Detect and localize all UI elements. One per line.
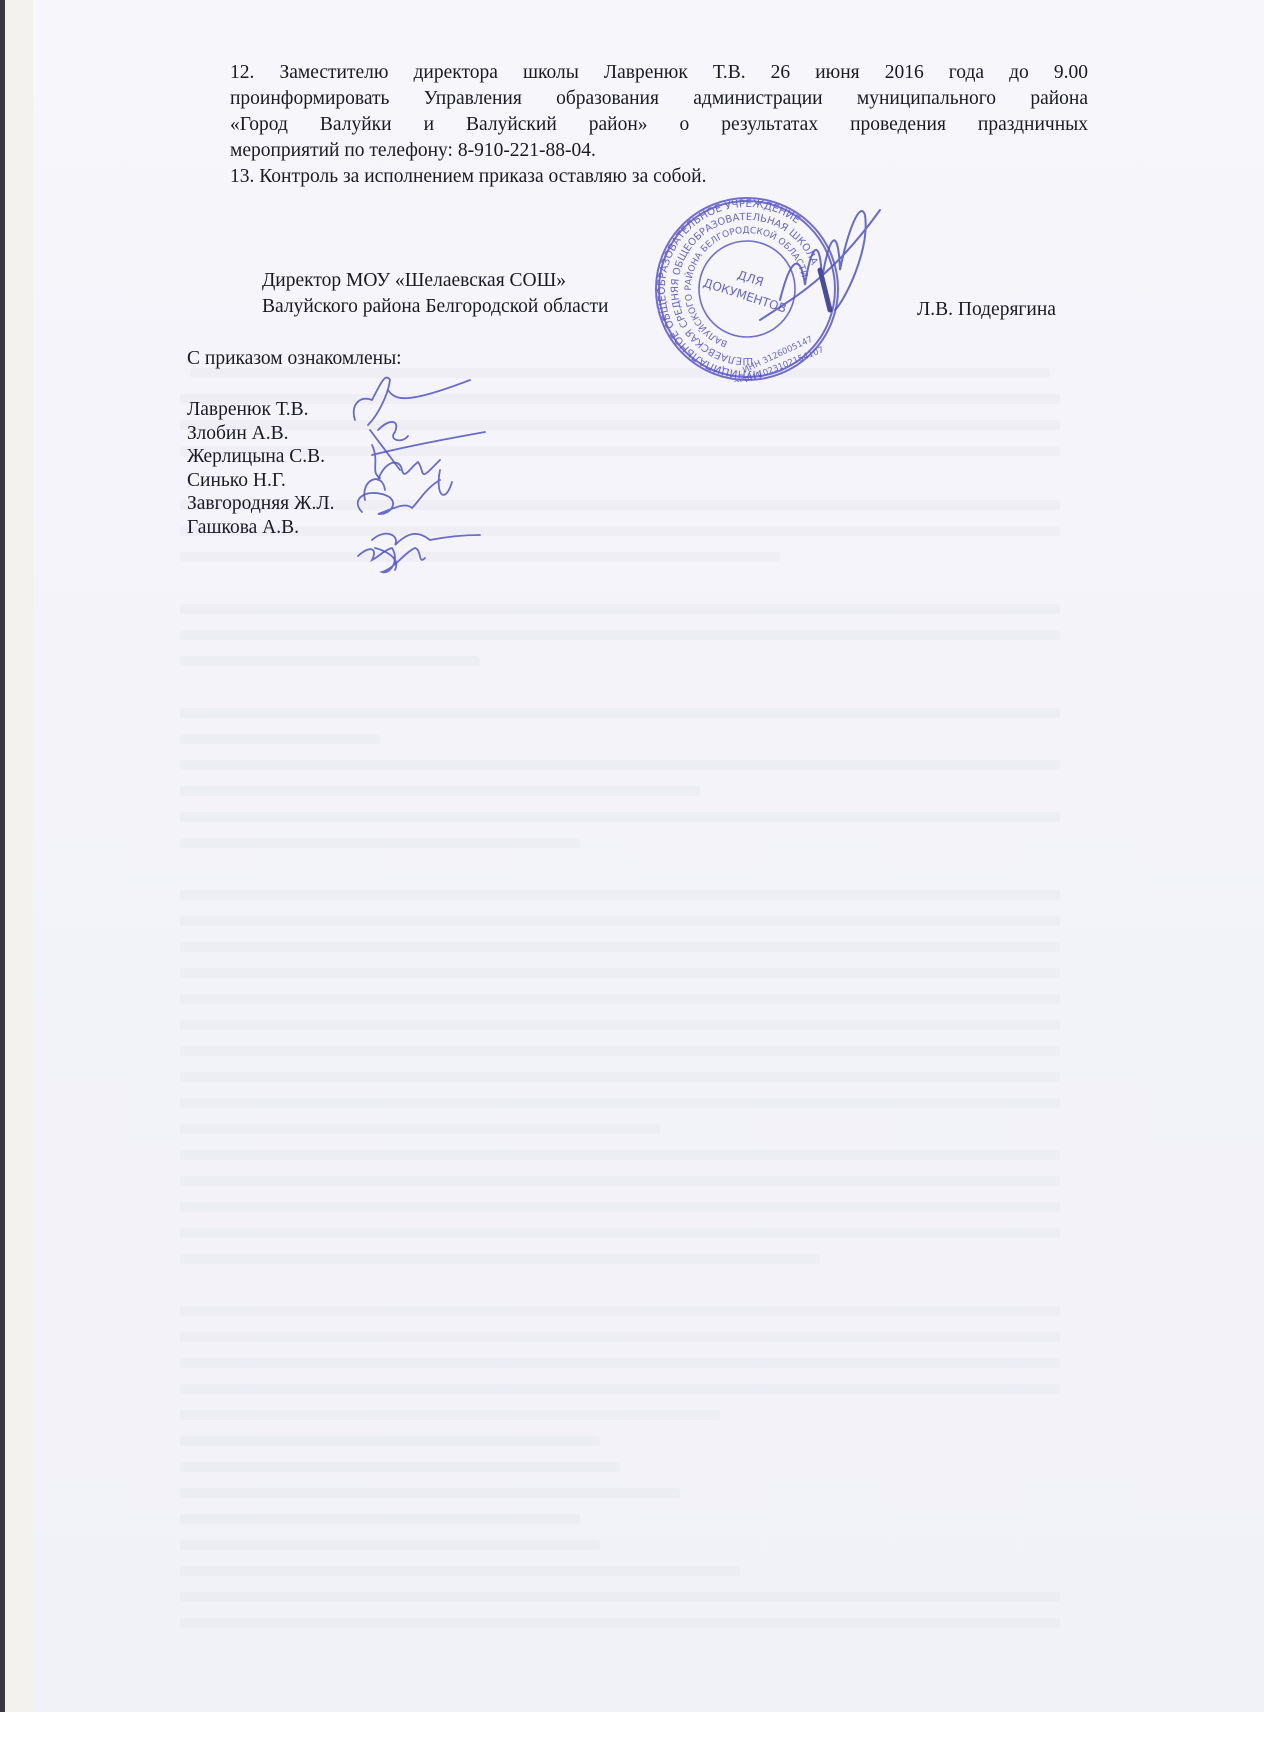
item12-line: 12. Заместителю директора школы Лавренюк… — [230, 60, 1088, 86]
acknowledged-person: Завгородняя Ж.Л. — [187, 492, 334, 516]
order-item-13: 13. Контроль за исполнением приказа оста… — [230, 164, 707, 190]
acknowledged-person: Синько Н.Г. — [187, 469, 334, 493]
director-position: Директор МОУ «Шелаевская СОШ» Валуйского… — [262, 268, 608, 320]
acknowledged-person: Лавренюк Т.В. — [187, 398, 334, 422]
item12-line: мероприятий по телефону: 8-910-221-88-04… — [230, 138, 1088, 164]
official-stamp-icon: МУНИЦИПАЛЬНОЕ ОБЩЕОБРАЗОВАТЕЛЬНОЕ УЧРЕЖД… — [654, 196, 840, 382]
scanned-page — [0, 0, 1264, 1712]
director-name: Л.В. Подерягина — [917, 297, 1056, 323]
acknowledged-person: Жерлицына С.В. — [187, 445, 334, 469]
acknowledged-person: Злобин А.В. — [187, 422, 334, 446]
acknowledgement-list: Лавренюк Т.В. Злобин А.В. Жерлицына С.В.… — [187, 398, 334, 539]
scan-edge-margin — [5, 0, 33, 1712]
order-item-12: 12. Заместителю директора школы Лавренюк… — [230, 60, 1088, 164]
item12-line: проинформировать Управления образования … — [230, 86, 1088, 112]
director-position-line2: Валуйского района Белгородской области — [262, 294, 608, 320]
director-position-line1: Директор МОУ «Шелаевская СОШ» — [262, 268, 608, 294]
item12-line: «Город Валуйки и Валуйский район» о резу… — [230, 112, 1088, 138]
acknowledgement-heading: С приказом ознакомлены: — [187, 346, 402, 372]
acknowledged-person: Гашкова А.В. — [187, 516, 334, 540]
